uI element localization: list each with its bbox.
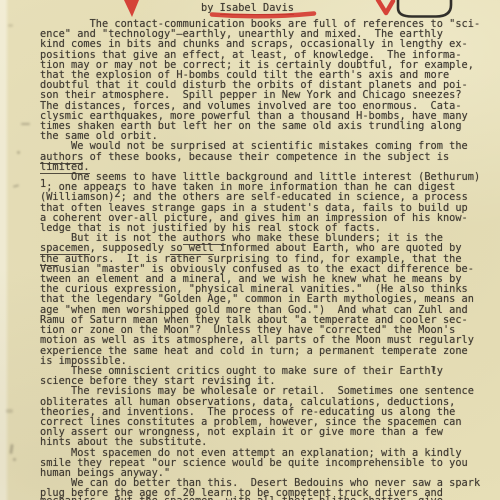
partial-bottom-line: mechanics. But the spacemen, with all th… <box>40 496 492 500</box>
text-line: authors of these books, because their co… <box>40 152 492 162</box>
typewritten-lines: The contact-communication books are full… <box>40 19 492 499</box>
footnote-superscript: 2 <box>114 189 120 199</box>
pencil-smudge <box>8 24 13 27</box>
pencil-smudge <box>6 409 13 413</box>
red-letter-stroke-right <box>378 0 393 13</box>
pencil-smudge <box>21 123 30 125</box>
pencil-smudge <box>9 444 13 454</box>
text-segment: of these books, because their competence… <box>83 151 449 163</box>
byline: by Isabel Davis <box>201 2 294 14</box>
red-letter-stroke-left <box>124 0 139 17</box>
pencil-smudge <box>17 151 20 154</box>
pencil-smudge <box>13 458 16 461</box>
byline-prefix: by <box>201 2 220 14</box>
footnote-superscript: 1 <box>40 179 46 189</box>
black-pen-curve <box>398 0 451 17</box>
scanned-typewritten-page: by Isabel Davis The contact-communicatio… <box>0 0 500 500</box>
pencil-smudge <box>13 184 19 187</box>
byline-author-name: Isabel Davis <box>220 2 294 15</box>
